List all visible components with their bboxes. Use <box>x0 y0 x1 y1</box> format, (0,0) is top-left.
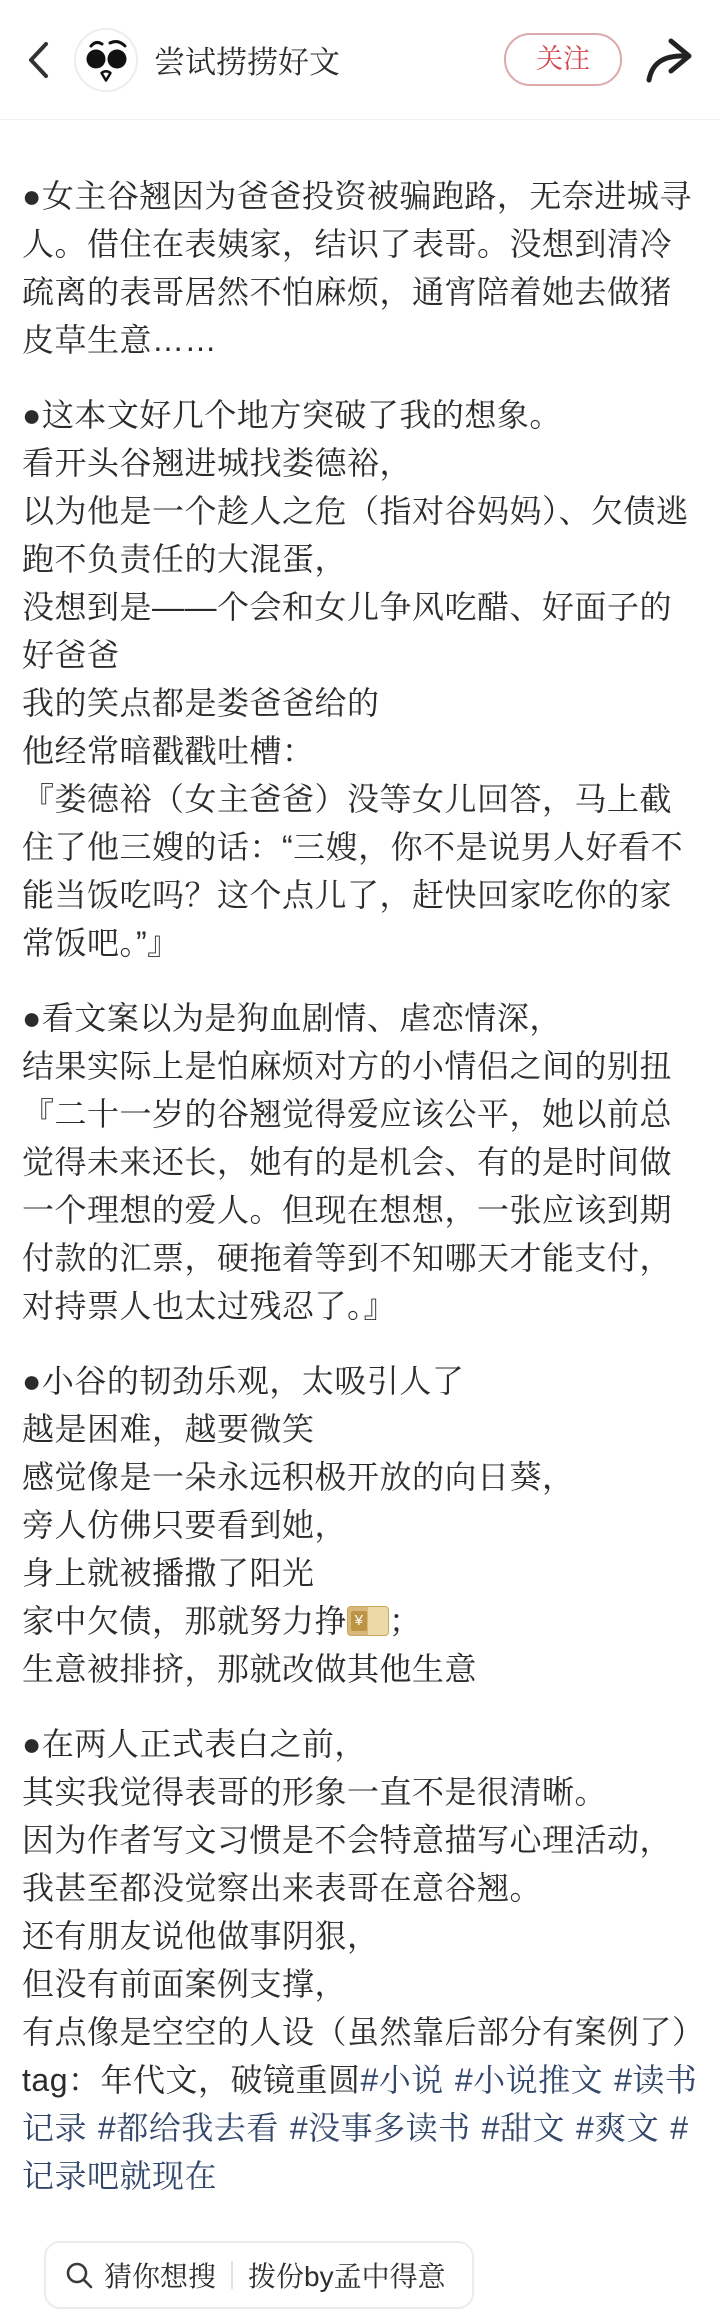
banknote-icon: ¥ <box>347 1606 389 1636</box>
tag-line: tag：年代文，破镜重圆#小说#小说推文#读书记录#都给我去看#没事多读书#甜文… <box>22 2056 698 2200</box>
paragraph-intro: ●女主谷翘因为爸爸投资被骗跑路，无奈进城寻人。借住在表姨家，结识了表哥。没想到清… <box>22 172 698 364</box>
post-line: 其实我觉得表哥的形象一直不是很清晰。 <box>22 1768 698 1816</box>
post-line: 『娄德裕（女主爸爸）没等女儿回答，马上截住了他三嫂的话：“三嫂，你不是说男人好看… <box>22 775 698 967</box>
post-line: 有点像是空空的人设（虽然靠后部分有案例了） <box>22 2008 698 2056</box>
topic-tag[interactable]: #甜文 <box>482 2110 565 2146</box>
topic-tag[interactable]: #小说 <box>361 2062 444 2098</box>
suggested-query: 拨份by孟中得意 <box>248 2255 446 2295</box>
post-line-money: 家中欠债，那就努力挣¥； <box>22 1597 698 1645</box>
yen-symbol: ¥ <box>351 1611 367 1631</box>
topic-tag[interactable]: #爽文 <box>576 2110 659 2146</box>
post-detail-page: 尝试捞捞好文 关注 ●女主谷翘因为爸爸投资被骗跑路，无奈进城寻人。借住在表姨家，… <box>0 0 720 2309</box>
face-emoji-avatar-icon <box>74 28 138 92</box>
post-line: 以为他是一个趁人之危（指对谷妈妈）、欠债逃跑不负责任的大混蛋， <box>22 487 698 583</box>
post-line: 因为作者写文习惯是不会特意描写心理活动， <box>22 1816 698 1864</box>
post-line: 越是困难，越要微笑 <box>22 1405 698 1453</box>
post-line: 我甚至都没觉察出来表哥在意谷翘。 <box>22 1864 698 1912</box>
magnifier-icon <box>64 2260 94 2290</box>
post-line: ●这本文好几个地方突破了我的想象。 <box>22 391 698 439</box>
post-line: 身上就被播撒了阳光 <box>22 1549 698 1597</box>
avatar[interactable] <box>74 28 138 92</box>
post-line: 感觉像是一朵永远积极开放的向日葵， <box>22 1453 698 1501</box>
paragraph-plot: ●看文案以为是狗血剧情、虐恋情深， 结果实际上是怕麻烦对方的小情侣之间的别扭 『… <box>22 994 698 1330</box>
share-button[interactable] <box>642 36 694 84</box>
post-line: 生意被排挤，那就改做其他生意 <box>22 1645 698 1693</box>
post-line: ●小谷的韧劲乐观，太吸引人了 <box>22 1357 698 1405</box>
tag-prefix: tag：年代文，破镜重圆 <box>22 2062 361 2098</box>
post-line: 没想到是——个会和女儿争风吃醋、好面子的好爸爸 <box>22 583 698 679</box>
paragraph-dad: ●这本文好几个地方突破了我的想象。 看开头谷翘进城找娄德裕， 以为他是一个趁人之… <box>22 391 698 967</box>
money-line-text-before: 家中欠债，那就努力挣 <box>22 1603 347 1639</box>
post-line: 旁人仿佛只要看到她， <box>22 1501 698 1549</box>
post-line: 他经常暗戳戳吐槽： <box>22 727 698 775</box>
post-line: 『二十一岁的谷翘觉得爱应该公平，她以前总觉得未来还长，她有的是机会、有的是时间做… <box>22 1090 698 1330</box>
search-divider <box>231 2261 233 2289</box>
top-nav-bar: 尝试捞捞好文 关注 <box>0 0 720 120</box>
post-line: 结果实际上是怕麻烦对方的小情侣之间的别扭 <box>22 1042 698 1090</box>
topic-tag[interactable]: #小说推文 <box>455 2062 603 2098</box>
back-button[interactable] <box>26 38 60 82</box>
guess-search-label: 猜你想搜 <box>104 2255 216 2295</box>
post-line: 还有朋友说他做事阴狠， <box>22 1912 698 1960</box>
paragraph-hero-and-tags: ●在两人正式表白之前， 其实我觉得表哥的形象一直不是很清晰。 因为作者写文习惯是… <box>22 1720 698 2200</box>
post-line: 但没有前面案例支撑， <box>22 1960 698 2008</box>
post-line: 看开头谷翘进城找娄德裕， <box>22 439 698 487</box>
topic-tag[interactable]: #没事多读书 <box>290 2110 471 2146</box>
chevron-left-icon <box>26 40 50 80</box>
guess-search-pill[interactable]: 猜你想搜 拨份by孟中得意 <box>44 2241 474 2309</box>
share-arrow-icon <box>642 36 694 84</box>
paragraph-heroine: ●小谷的韧劲乐观，太吸引人了 越是困难，越要微笑 感觉像是一朵永远积极开放的向日… <box>22 1357 698 1693</box>
username[interactable]: 尝试捞捞好文 <box>154 37 504 82</box>
post-line: ●在两人正式表白之前， <box>22 1720 698 1768</box>
topic-tag[interactable]: #都给我去看 <box>98 2110 279 2146</box>
money-line-text-after: ； <box>389 1603 422 1639</box>
post-line: 我的笑点都是娄爸爸给的 <box>22 679 698 727</box>
follow-button[interactable]: 关注 <box>504 33 622 86</box>
post-body: ●女主谷翘因为爸爸投资被骗跑路，无奈进城寻人。借住在表姨家，结识了表哥。没想到清… <box>0 120 720 2309</box>
post-line: ●看文案以为是狗血剧情、虐恋情深， <box>22 994 698 1042</box>
post-line: ●女主谷翘因为爸爸投资被骗跑路，无奈进城寻人。借住在表姨家，结识了表哥。没想到清… <box>22 172 698 364</box>
